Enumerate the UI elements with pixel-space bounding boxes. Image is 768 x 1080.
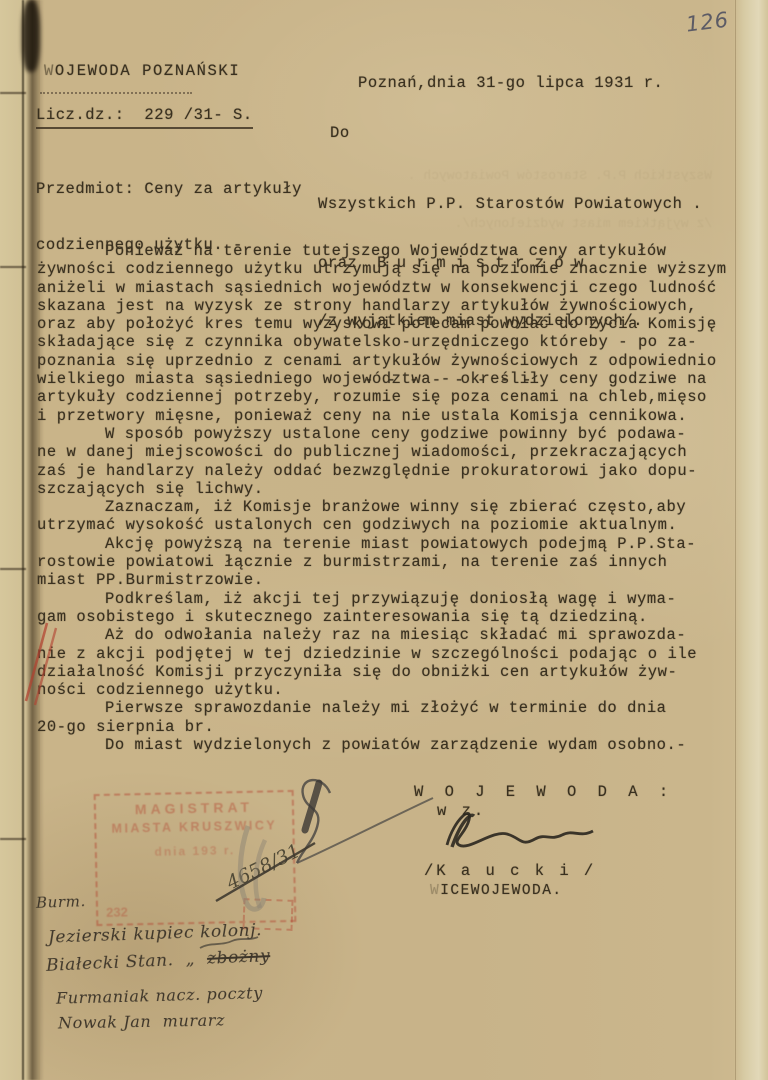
- subject-line-1: Przedmiot: Ceny za artykuły: [36, 180, 302, 199]
- signature-wz: w z.: [437, 802, 486, 820]
- stamp-line: MAGISTRAT: [96, 798, 292, 818]
- body-line: artykuły codziennej potrzeby, rozumie si…: [37, 388, 743, 406]
- register-rule-vertical: [22, 0, 24, 1080]
- body-line: Ponieważ na terenie tutejszego Województ…: [37, 242, 743, 260]
- body-line: żywności codziennego użytku utrzymują si…: [37, 260, 743, 278]
- page-number: 126: [685, 7, 731, 36]
- body-line: Zaznaczam, iż Komisje branżowe winny się…: [37, 498, 743, 516]
- addressee-line: Wszystkich P.P. Starostów Powiatowych .: [318, 195, 702, 215]
- signature-title: W O J E W O D A :: [414, 783, 674, 801]
- handwritten-note: Białecki Stan. „ zbożny: [46, 946, 271, 976]
- dotted-rule: [40, 84, 192, 94]
- body-line: aniżeli w miastach sąsiednich województw…: [37, 279, 743, 297]
- body-line: ności codziennego użytku.: [37, 681, 743, 699]
- pencil-paraph-tail: [297, 798, 433, 863]
- body-line: skazana jest na wyzysk ze strony handlar…: [37, 297, 743, 315]
- body-line: szczających się lichwy.: [37, 480, 743, 498]
- signature-position: WICEWOJEWODA.: [430, 883, 563, 899]
- reference-number: Licz.dz.: 229 /31- S.: [36, 106, 253, 129]
- pencil-paraph-bold: [305, 783, 319, 830]
- body-line: utrzymać wysokość ustalonych cen godziwy…: [37, 516, 743, 534]
- body-line: zaś je handlarzy należy oddać bezwzględn…: [37, 462, 743, 480]
- body-line: i przetwory mięsne, ponieważ ceny na nie…: [37, 407, 743, 425]
- handwritten-note: Furmaniak nacz. poczty: [56, 983, 263, 1007]
- body-line: Pierwsze sprawozdanie należy mi złożyć w…: [37, 699, 743, 717]
- letter-body: Ponieważ na terenie tutejszego Województ…: [37, 242, 743, 754]
- body-line: W sposób powyższy ustalone ceny godziwe …: [37, 425, 743, 443]
- register-rule-horizontal: [0, 568, 26, 570]
- handwritten-note: Nowak Jan murarz: [58, 1011, 225, 1033]
- body-line: Akcję powyższą na terenie miast powiatow…: [37, 535, 743, 553]
- body-line: Do miast wydzielonych z powiatów zarządz…: [37, 736, 743, 754]
- body-line: 20-go sierpnia br.: [37, 718, 743, 736]
- body-line: miast PP.Burmistrzowie.: [37, 571, 743, 589]
- signature-stroke: [452, 815, 474, 847]
- body-line: wielkiego miasta sąsiedniego województwa…: [37, 370, 743, 388]
- body-line: Podkreślam, iż akcji tej przywiązuję don…: [37, 590, 743, 608]
- stamp-line: MIASTA KRUSZWICY: [96, 818, 292, 836]
- body-line: rostowie powiatowi łącznie z burmistrzam…: [37, 553, 743, 571]
- body-line: składające się z czynnika obywatelsko-ur…: [37, 333, 743, 351]
- body-line: nie z akcji podjętej w tej dziedzinie w …: [37, 645, 743, 663]
- body-line: Aż do odwołania należy raz na miesiąc sk…: [37, 626, 743, 644]
- pencil-paraph: [297, 780, 330, 863]
- stamp-line: 232: [106, 904, 128, 919]
- register-rule-horizontal: [0, 266, 26, 268]
- body-line: działalność Komisji przyczyniła się do o…: [37, 663, 743, 681]
- date-line: Poznań,dnia 31-go lipca 1931 r.: [358, 74, 663, 92]
- register-rule-horizontal: [0, 838, 26, 840]
- struck-word: zbożny: [207, 946, 271, 969]
- body-line: poznania się uprzednio z cenami artykułó…: [37, 352, 743, 370]
- salutation: Do: [330, 124, 350, 142]
- handwritten-note: Jezierski kupiec kolonj.: [48, 920, 263, 947]
- signature-name: /K a u c k i /: [424, 862, 596, 880]
- register-rule-horizontal: [0, 92, 26, 94]
- page-edge-shadow-dark: [22, 0, 40, 72]
- sender-name: WOJEWODA POZNAŃSKI: [44, 62, 240, 80]
- body-line: oraz aby położyć kres temu wyzyskowi pol…: [37, 315, 743, 333]
- body-line: ne w danej miejscowości do publicznej wi…: [37, 443, 743, 461]
- body-line: gam osobistego i skutecznego zainteresow…: [37, 608, 743, 626]
- scanned-letter-page: Wszystkich P.P. Starostów Powiatowych . …: [0, 0, 768, 1080]
- handwritten-note: Burm.: [36, 892, 86, 912]
